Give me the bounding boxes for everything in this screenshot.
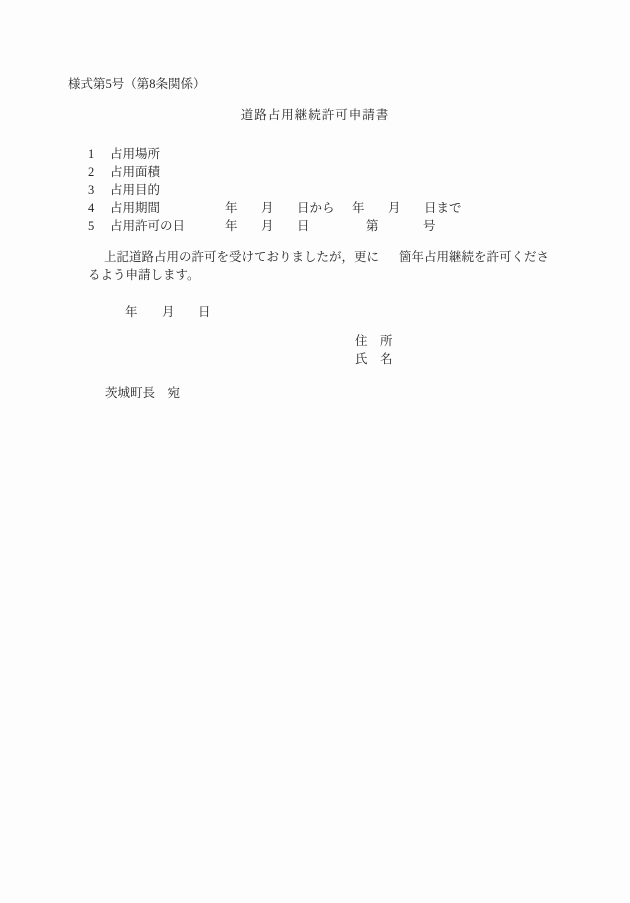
period-month-to-label: 月 <box>388 201 401 216</box>
document-page: 様式第5号（第8条関係） 道路占用継続許可申請書 1 占用場所 2 占用面積 3… <box>0 0 630 903</box>
period-day-from-label: 日から <box>297 201 335 216</box>
date-year-label: 年 <box>125 305 138 320</box>
item-number: 5 <box>88 219 94 234</box>
item-label: 占用場所 <box>110 147 160 162</box>
signature-address-label: 住 所 <box>355 334 393 349</box>
item-number: 3 <box>88 183 94 198</box>
list-item-permit-date: 5 占用許可の日 年 月 日 第 号 <box>0 219 630 235</box>
item-label: 占用許可の日 <box>110 219 185 234</box>
permit-year-label: 年 <box>225 219 238 234</box>
application-date-line: 年 月 日 <box>0 305 630 321</box>
item-number: 2 <box>88 165 94 180</box>
list-item-period: 4 占用期間 年 月 日から 年 月 日まで <box>0 201 630 217</box>
date-month-label: 月 <box>162 305 175 320</box>
period-day-to-label: 日まで <box>424 201 462 216</box>
list-item-area: 2 占用面積 <box>0 165 630 181</box>
permit-number-prefix-label: 第 <box>366 219 379 234</box>
body-paragraph-line1-part1: 上記道路占用の許可を受けておりましたが，更に <box>104 250 379 265</box>
period-year-to-label: 年 <box>352 201 365 216</box>
item-label: 占用面積 <box>110 165 160 180</box>
body-paragraph-line1-part2: 箇年占用継続を許可くださ <box>399 250 549 265</box>
item-number: 1 <box>88 147 94 162</box>
permit-number-suffix-label: 号 <box>423 219 436 234</box>
list-item-purpose: 3 占用目的 <box>0 183 630 199</box>
period-month-from-label: 月 <box>261 201 274 216</box>
body-paragraph-line2: るよう申請します。 <box>88 268 200 283</box>
item-label: 占用目的 <box>110 183 160 198</box>
permit-day-label: 日 <box>297 219 310 234</box>
form-number: 様式第5号（第8条関係） <box>68 77 206 92</box>
addressee-line: 茨城町長 宛 <box>105 386 180 401</box>
list-item-place: 1 占用場所 <box>0 147 630 163</box>
permit-month-label: 月 <box>261 219 274 234</box>
document-title: 道路占用継続許可申請書 <box>0 108 630 123</box>
item-label: 占用期間 <box>110 201 160 216</box>
period-year-from-label: 年 <box>225 201 238 216</box>
signature-name-label: 氏 名 <box>355 352 393 367</box>
item-number: 4 <box>88 201 94 216</box>
date-day-label: 日 <box>198 305 211 320</box>
